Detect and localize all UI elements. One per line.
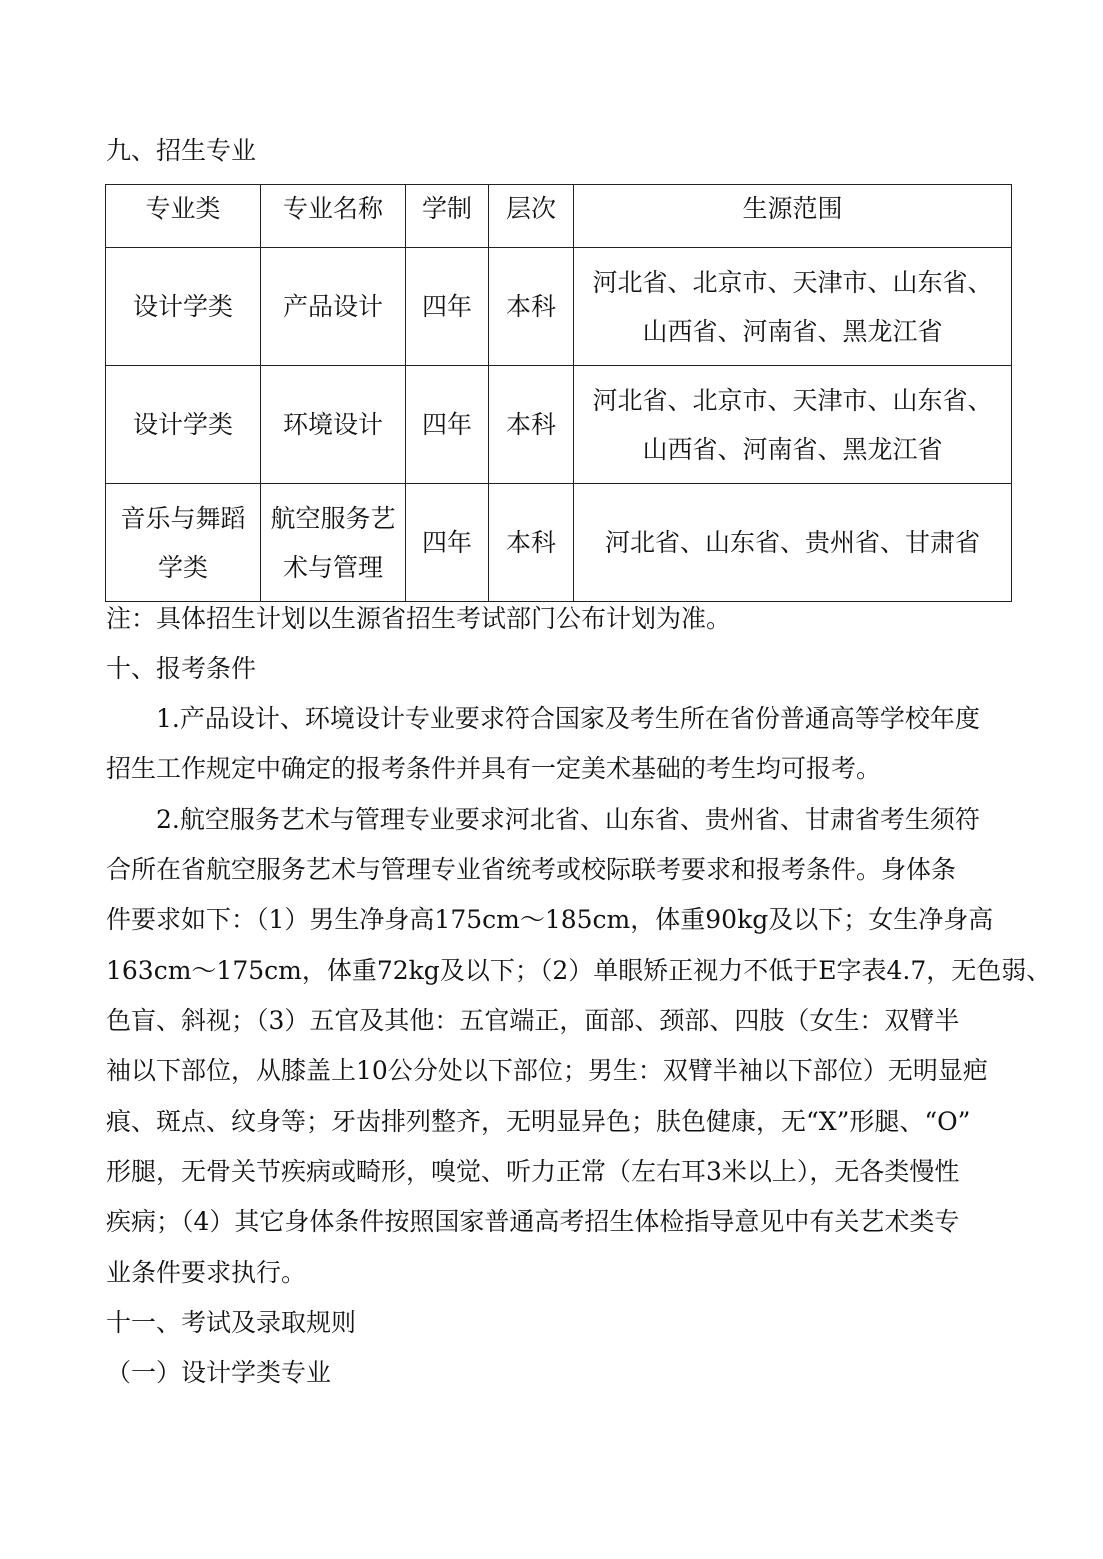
paragraph-line: 2.航空服务艺术与管理专业要求河北省、山东省、贵州省、甘肃省考生须符: [156, 805, 980, 835]
header-major: 专业名称: [261, 185, 406, 248]
paragraph-line: 袖以下部位，从膝盖上10公分处以下部位；男生：双臂半袖以下部位）无明显疤: [106, 1056, 988, 1086]
paragraph-line: 业条件要求执行。: [106, 1258, 306, 1288]
table-header-row: 专业类 专业名称 学制 层次 生源范围: [106, 185, 1012, 248]
paragraph-line: 色盲、斜视；（3）五官及其他：五官端正，面部、颈部、四肢（女生：双臂半: [106, 1006, 959, 1036]
section-9-heading: 九、招生专业: [106, 136, 256, 166]
major-line: 航空服务艺: [261, 494, 405, 543]
table-row: 设计学类 环境设计 四年 本科 河北省、北京市、天津市、山东省、 山西省、河南省…: [106, 366, 1012, 484]
cell-level: 本科: [489, 366, 574, 484]
cell-range: 河北省、北京市、天津市、山东省、 山西省、河南省、黑龙江省: [574, 248, 1012, 366]
paragraph-line: 疾病；（4）其它身体条件按照国家普通高考招生体检指导意见中有关艺术类专: [106, 1207, 959, 1237]
cell-range: 河北省、山东省、贵州省、甘肃省: [574, 484, 1012, 602]
cell-major: 产品设计: [261, 248, 406, 366]
cell-category: 设计学类: [106, 248, 261, 366]
header-duration: 学制: [406, 185, 489, 248]
cell-range: 河北省、北京市、天津市、山东省、 山西省、河南省、黑龙江省: [574, 366, 1012, 484]
range-line: 河北省、北京市、天津市、山东省、: [574, 376, 1011, 425]
paragraph-line: 形腿，无骨关节疾病或畸形，嗅觉、听力正常（左右耳3米以上），无各类慢性: [106, 1157, 959, 1187]
cell-level: 本科: [489, 248, 574, 366]
cell-category: 音乐与舞蹈 学类: [106, 484, 261, 602]
section-10-heading: 十、报考条件: [106, 654, 256, 684]
cell-duration: 四年: [406, 484, 489, 602]
paragraph-line: 招生工作规定中确定的报考条件并具有一定美术基础的考生均可报考。: [106, 754, 881, 784]
paragraph-line: 痕、斑点、纹身等；牙齿排列整齐，无明显异色；肤色健康，无“X”形腿、“O”: [106, 1107, 970, 1137]
cell-major: 环境设计: [261, 366, 406, 484]
paragraph-line: 合所在省航空服务艺术与管理专业省统考或校际联考要求和报考条件。身体条: [106, 855, 956, 885]
table-row: 设计学类 产品设计 四年 本科 河北省、北京市、天津市、山东省、 山西省、河南省…: [106, 248, 1012, 366]
header-range: 生源范围: [574, 185, 1012, 248]
category-line: 音乐与舞蹈: [106, 494, 260, 543]
paragraph-line: 1.产品设计、环境设计专业要求符合国家及考生所在省份普通高等学校年度: [156, 704, 980, 734]
paragraph-line: 163cm～175cm，体重72kg及以下；（2）单眼矫正视力不低于E字表4.7…: [106, 956, 1051, 986]
subsection-heading: （一）设计学类专业: [106, 1358, 331, 1388]
majors-table: 专业类 专业名称 学制 层次 生源范围 设计学类 产品设计 四年 本科 河北省、…: [105, 184, 1012, 602]
section-11-heading: 十一、考试及录取规则: [106, 1308, 356, 1338]
range-line: 河北省、山东省、贵州省、甘肃省: [574, 518, 1011, 567]
header-level: 层次: [489, 185, 574, 248]
cell-major: 航空服务艺 术与管理: [261, 484, 406, 602]
paragraph-line: 件要求如下：（1）男生净身高175cm～185cm，体重90kg及以下；女生净身…: [106, 905, 993, 935]
cell-category: 设计学类: [106, 366, 261, 484]
category-line: 学类: [106, 543, 260, 592]
range-line: 山西省、河南省、黑龙江省: [574, 425, 1011, 474]
major-line: 术与管理: [261, 543, 405, 592]
range-line: 河北省、北京市、天津市、山东省、: [574, 258, 1011, 307]
table-note: 注：具体招生计划以生源省招生考试部门公布计划为准。: [106, 604, 731, 634]
header-category: 专业类: [106, 185, 261, 248]
cell-duration: 四年: [406, 366, 489, 484]
table-row: 音乐与舞蹈 学类 航空服务艺 术与管理 四年 本科 河北省、山东省、贵州省、甘肃…: [106, 484, 1012, 602]
cell-duration: 四年: [406, 248, 489, 366]
cell-level: 本科: [489, 484, 574, 602]
range-line: 山西省、河南省、黑龙江省: [574, 307, 1011, 356]
